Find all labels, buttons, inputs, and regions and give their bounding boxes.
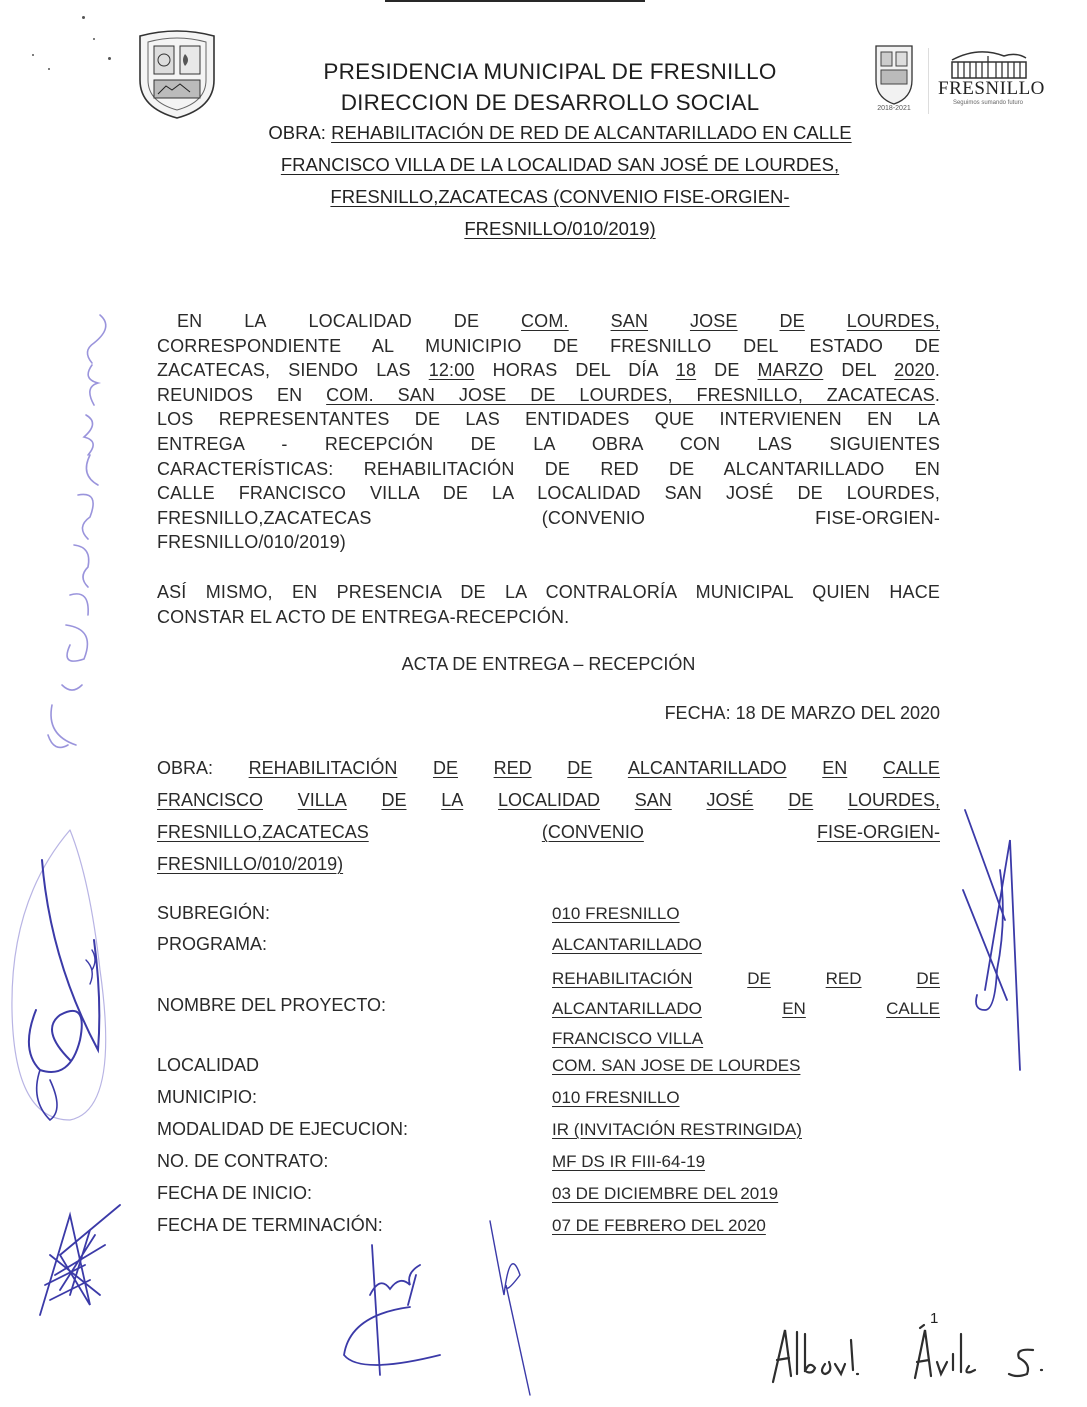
header-obra-line-4: FRESNILLO/010/2019) (150, 218, 970, 240)
intro-value: MARZO (758, 360, 824, 380)
intro-text: REUNIDOS EN (157, 385, 326, 405)
scan-artifact-line (385, 0, 645, 2)
intro-line-8: CALLE FRANCISCO VILLA DE LA LOCALIDAD SA… (157, 481, 940, 506)
obra-word: LA (441, 784, 463, 816)
intro-line-5: LOS REPRESENTANTES DE LAS ENTIDADES QUE … (157, 407, 940, 432)
field-value: IR (INVITACIÓN RESTRINGIDA) (552, 1120, 802, 1140)
fresnillo-logo-slogan: Seguimos sumando futuro (938, 100, 1038, 106)
department-title: DIRECCION DE DESARROLLO SOCIAL (200, 90, 900, 116)
intro-word: SAN (611, 309, 648, 334)
obra-word: DE (788, 784, 813, 816)
intro-text: ZACATECAS, SIENDO LAS (157, 360, 429, 380)
field-value-line: FRANCISCO VILLA (552, 1024, 940, 1054)
intro-word: DE (780, 309, 805, 334)
field-label: SUBREGIÓN: (157, 903, 270, 924)
government-shield-logo: 2018-2021 (872, 42, 916, 118)
intro-value: 12:00 (429, 360, 475, 380)
institution-title: PRESIDENCIA MUNICIPAL DE FRESNILLO (200, 59, 900, 85)
field-value-word: REHABILITACIÓN (552, 964, 692, 994)
intro-line-10: FRESNILLO/010/2019) (157, 530, 940, 555)
obra-word: FRANCISCO (157, 784, 263, 816)
field-label: LOCALIDAD (157, 1055, 259, 1076)
intro-word: LOCALIDAD (308, 309, 411, 334)
intro-text: HORAS DEL DÍA (475, 360, 676, 380)
intro-text: . (935, 360, 940, 380)
obra-name-line: FRESNILLO/010/2019) (464, 218, 655, 239)
obra-block-label: OBRA: (157, 752, 213, 784)
contraloria-paragraph: ASÍ MISMO, EN PRESENCIA DE LA CONTRALORÍ… (157, 580, 940, 629)
bottom-center-signatures (330, 1215, 550, 1405)
obra-word: FRESNILLO,ZACATECAS (157, 816, 369, 848)
obra-label: OBRA: (268, 122, 326, 143)
field-label: FECHA DE INICIO: (157, 1183, 312, 1204)
field-label: MODALIDAD DE EJECUCION: (157, 1119, 408, 1140)
obra-block-line-4: FRESNILLO/010/2019) (157, 854, 343, 874)
obra-word: SAN (635, 784, 672, 816)
intro-line-9: FRESNILLO,ZACATECAS(CONVENIOFISE-ORGIEN- (157, 506, 940, 531)
field-label: MUNICIPIO: (157, 1087, 257, 1108)
scan-speck (108, 57, 111, 60)
intro-text: DEL (823, 360, 894, 380)
intro-line-1: ENLALOCALIDADDECOM.SANJOSEDELOURDES, (157, 309, 940, 334)
field-value-word: CALLE (886, 994, 940, 1024)
field-value-word: EN (782, 994, 806, 1024)
intro-line-2: CORRESPONDIENTE AL MUNICIPIO DE FRESNILL… (157, 334, 940, 359)
field-value-line: REHABILITACIÓNDEREDDE (552, 964, 940, 994)
intro-value: 2020 (894, 360, 935, 380)
intro-word: EN (177, 309, 202, 334)
scan-speck (32, 54, 34, 56)
scan-speck (82, 16, 85, 19)
field-value-word: DE (916, 964, 940, 994)
intro-word: LOURDES, (847, 309, 940, 334)
field-value: ALCANTARILLADO (552, 935, 702, 955)
obra-name-line: FRESNILLO,ZACATECAS (CONVENIO FISE-ORGIE… (330, 186, 789, 207)
acta-date: FECHA: 18 DE MARZO DEL 2020 (157, 703, 940, 724)
obra-block-line-3: FRESNILLO,ZACATECAS(CONVENIOFISE-ORGIEN- (157, 816, 940, 848)
intro-place: COM. SAN JOSE DE LOURDES, FRESNILLO, ZAC… (326, 385, 935, 405)
intro-line-6: ENTREGA - RECEPCIÓN DE LA OBRA CON LAS S… (157, 432, 940, 457)
obra-word: REHABILITACIÓN (249, 752, 398, 784)
intro-line-4: REUNIDOS EN COM. SAN JOSE DE LOURDES, FR… (157, 383, 940, 408)
field-value: 07 DE FEBRERO DEL 2020 (552, 1216, 766, 1236)
field-value: MF DS IR FIII-64-19 (552, 1152, 705, 1172)
intro-word: LA (244, 309, 266, 334)
obra-word: ALCANTARILLADO (628, 752, 787, 784)
obra-block-line-1: OBRA:REHABILITACIÓNDEREDDEALCANTARILLADO… (157, 752, 940, 784)
logo-divider (928, 48, 929, 114)
contraloria-line-2: CONSTAR EL ACTO DE ENTREGA-RECEPCIÓN. (157, 605, 940, 630)
field-value-line: ALCANTARILLADOENCALLE (552, 994, 940, 1024)
obra-word: RED (494, 752, 532, 784)
obra-block: OBRA:REHABILITACIÓNDEREDDEALCANTARILLADO… (157, 752, 940, 880)
left-oval-signature (0, 820, 140, 1180)
intro-text: . (935, 385, 940, 405)
scan-speck (93, 38, 95, 40)
obra-name-line: FRANCISCO VILLA DE LA LOCALIDAD SAN JOSÉ… (281, 154, 839, 175)
obra-word: (CONVENIO (542, 816, 644, 848)
intro-value: 18 (676, 360, 696, 380)
intro-word: JOSE (690, 309, 738, 334)
obra-word: EN (822, 752, 847, 784)
intro-word: FISE-ORGIEN- (815, 506, 940, 531)
margin-handwritten-name-signature (30, 295, 120, 775)
obra-name-line: REHABILITACIÓN DE RED DE ALCANTARILLADO … (331, 122, 852, 143)
header-obra-line-1: OBRA: REHABILITACIÓN DE RED DE ALCANTARI… (150, 122, 970, 144)
intro-line-7: CARACTERÍSTICAS: REHABILITACIÓN DE RED D… (157, 457, 940, 482)
field-value: 010 FRESNILLO (552, 904, 680, 924)
obra-word: FISE-ORGIEN- (817, 816, 940, 848)
header-obra-line-2: FRANCISCO VILLA DE LA LOCALIDAD SAN JOSÉ… (150, 154, 970, 176)
field-label: PROGRAMA: (157, 934, 267, 955)
left-bottom-signature (30, 1195, 130, 1325)
obra-word: DE (567, 752, 592, 784)
contraloria-line-1: ASÍ MISMO, EN PRESENCIA DE LA CONTRALORÍ… (157, 580, 940, 605)
obra-block-line-2: FRANCISCOVILLADELALOCALIDADSANJOSÉDELOUR… (157, 784, 940, 816)
intro-line-3: ZACATECAS, SIENDO LAS 12:00 HORAS DEL DÍ… (157, 358, 940, 383)
field-value: 03 DE DICIEMBRE DEL 2019 (552, 1184, 778, 1204)
field-value-word: RED (826, 964, 862, 994)
obra-word: JOSÉ (706, 784, 753, 816)
field-value: 010 FRESNILLO (552, 1088, 680, 1108)
right-margin-signature (955, 800, 1035, 1090)
intro-word: DE (454, 309, 479, 334)
intro-paragraph: ENLALOCALIDADDECOM.SANJOSEDELOURDES, COR… (157, 309, 940, 555)
fresnillo-logo-text: FRESNILLO (938, 78, 1038, 100)
intro-text: DE (696, 360, 757, 380)
field-value-word: FRANCISCO VILLA (552, 1024, 703, 1054)
fresnillo-brand-logo: FRESNILLO Seguimos sumando futuro (938, 44, 1038, 110)
bottom-right-signature-albert-avila (765, 1320, 1055, 1390)
acta-title: ACTA DE ENTREGA – RECEPCIÓN (157, 654, 940, 675)
obra-word: VILLA (298, 784, 347, 816)
field-value-word: ALCANTARILLADO (552, 994, 702, 1024)
field-value-multiline: REHABILITACIÓNDEREDDEALCANTARILLADOENCAL… (552, 964, 940, 1054)
obra-word: LOURDES, (848, 784, 940, 816)
scan-speck (48, 68, 50, 70)
intro-word: FRESNILLO,ZACATECAS (157, 506, 372, 531)
field-value-word: DE (747, 964, 771, 994)
obra-word: LOCALIDAD (498, 784, 600, 816)
field-label: NOMBRE DEL PROYECTO: (157, 995, 386, 1016)
logo-years: 2018-2021 (872, 105, 916, 112)
header-obra-line-3: FRESNILLO,ZACATECAS (CONVENIO FISE-ORGIE… (150, 186, 970, 208)
field-label: NO. DE CONTRATO: (157, 1151, 328, 1172)
intro-word: (CONVENIO (542, 506, 645, 531)
obra-word: DE (382, 784, 407, 816)
field-value: COM. SAN JOSE DE LOURDES (552, 1056, 800, 1076)
obra-word: DE (433, 752, 458, 784)
intro-word: COM. (521, 309, 569, 334)
obra-word: CALLE (883, 752, 940, 784)
